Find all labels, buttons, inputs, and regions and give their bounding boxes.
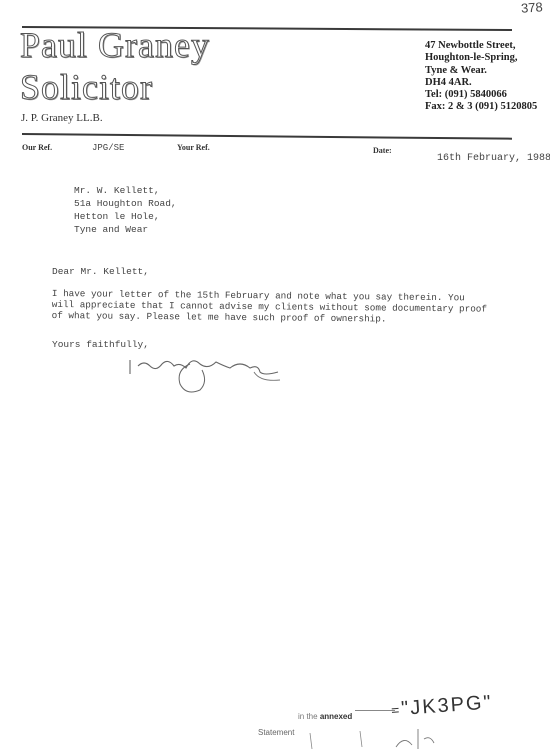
salutation: Dear Mr. Kellett,: [52, 266, 149, 277]
letterhead-qualifications: J. P. Graney LL.B.: [21, 112, 103, 124]
handwritten-exhibit-ref: ="JK3PG": [390, 691, 493, 721]
signature-icon: [110, 346, 290, 396]
handwritten-ref-text: "JK3PG": [400, 691, 493, 719]
address-phone: Tel: (091) 5840066: [425, 89, 537, 101]
letterhead-address: 47 Newbottle Street, Houghton-le-Spring,…: [425, 40, 537, 114]
recipient-line: Hetton le Hole,: [74, 210, 177, 223]
your-ref-label: Your Ref.: [177, 143, 210, 152]
recipient-line: Mr. W. Kellett,: [74, 184, 177, 197]
address-line: DH4 4AR.: [425, 77, 537, 89]
letterhead-title: Solicitor: [20, 69, 153, 105]
date-value: 16th February, 1988: [437, 153, 550, 164]
page-number: 378: [521, 0, 544, 16]
recipient-line: Tyne and Wear: [74, 223, 177, 236]
stamp-text-bold: annexed: [320, 712, 352, 721]
scribble-icon: [300, 725, 460, 750]
stamp-text-prefix: in the: [298, 712, 318, 721]
address-line: Tyne & Wear.: [425, 65, 537, 77]
address-line: 47 Newbottle Street,: [425, 40, 537, 52]
header-bottom-rule: [22, 133, 512, 140]
recipient-address: Mr. W. Kellett, 51a Houghton Road, Hetto…: [74, 184, 177, 236]
letterhead-name: Paul Graney: [20, 27, 210, 63]
stamp-rule: [355, 710, 395, 711]
stamp-text: in the annexed: [298, 712, 352, 721]
address-fax: Fax: 2 & 3 (091) 5120805: [425, 101, 537, 113]
address-line: Houghton-le-Spring,: [425, 52, 537, 64]
stamp-text-line2: Statement: [258, 728, 294, 737]
our-ref-label: Our Ref.: [22, 143, 52, 152]
date-label: Date:: [373, 146, 392, 155]
our-ref-value: JPG/SE: [92, 143, 124, 153]
recipient-line: 51a Houghton Road,: [74, 197, 177, 210]
letter-body: I have your letter of the 15th February …: [52, 288, 487, 326]
